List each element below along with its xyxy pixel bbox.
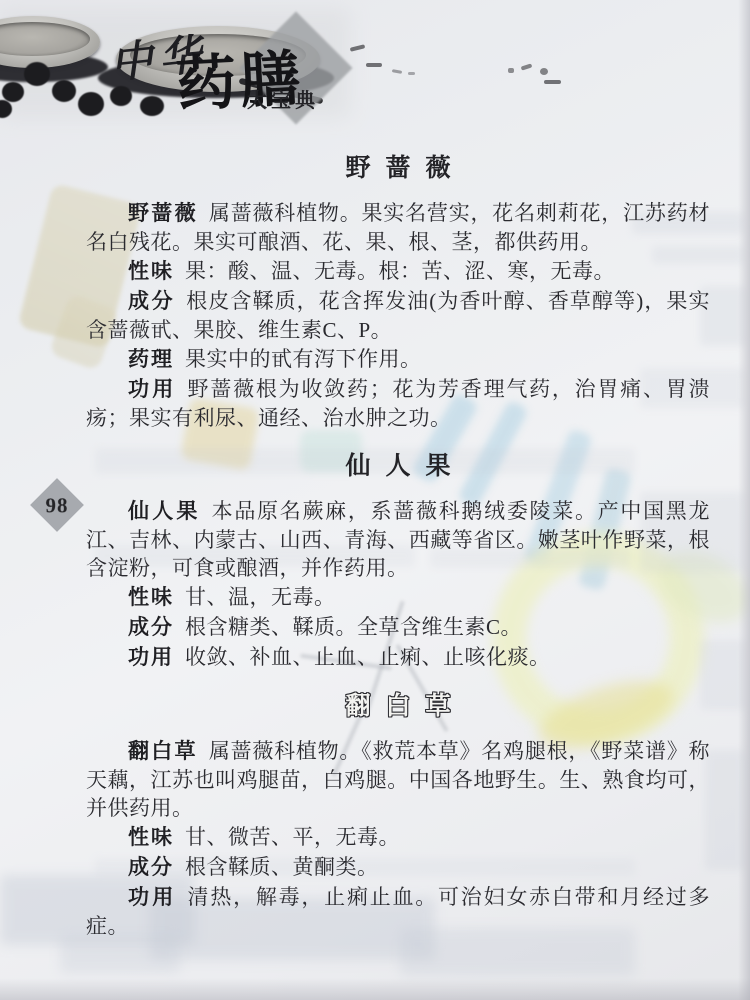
paragraph: 功用收敛、补血、止血、止痢、止咳化痰。 <box>86 643 710 672</box>
paragraph: 功用清热，解毒，止痢止血。可治妇女赤白带和月经过多症。 <box>86 883 710 940</box>
term-text: 根皮含鞣质，花含挥发油(为香叶醇、香草醇等)，果实含蔷薇甙、果胶、维生素C、P。 <box>86 289 710 342</box>
paragraph: 翻白草属蔷薇科植物。《救荒本草》名鸡腿根，《野菜谱》称天藕，江苏也叫鸡腿苗，白鸡… <box>86 737 710 822</box>
term-text: 果：酸、温、无毒。根：苦、涩、寒，无毒。 <box>185 259 615 283</box>
page-number: 98 <box>46 493 69 518</box>
book-page-scan: 中华 药膳 大宝典 98 <box>0 0 750 1000</box>
term-label: 药理 <box>128 348 174 371</box>
paragraph: 药理果实中的甙有泻下作用。 <box>86 345 710 374</box>
ink-bleed-smudge <box>60 935 180 973</box>
term-text: 根含糖类、鞣质。全草含维生素C。 <box>185 615 522 639</box>
paragraph: 性味果：酸、温、无毒。根：苦、涩、寒，无毒。 <box>86 257 710 286</box>
term-label: 成分 <box>128 290 175 313</box>
page-content: 野蔷薇 野蔷薇属蔷薇科植物。果实名营实，花名刺莉花，江苏药材名白残花。果实可酿酒… <box>0 0 750 940</box>
entry-title: 野蔷薇 <box>86 152 710 185</box>
term-text: 收敛、补血、止血、止痢、止咳化痰。 <box>185 645 551 669</box>
entry-potentilla: 翻白草 翻白草属蔷薇科植物。《救荒本草》名鸡腿根，《野菜谱》称天藕，江苏也叫鸡腿… <box>86 690 710 940</box>
paragraph: 功用野蔷薇根为收敛药；花为芳香理气药，治胃痛、胃溃疡；果实有利尿、通经、治水肿之… <box>86 375 710 432</box>
entry-title: 仙人果 <box>86 450 710 483</box>
entry-title: 翻白草 <box>86 690 710 723</box>
term-label: 成分 <box>128 856 174 879</box>
term-label: 成分 <box>128 616 174 639</box>
term-text: 甘、微苦、平，无毒。 <box>185 825 400 849</box>
entry-immortal-fruit: 仙人果 仙人果本品原名蕨麻，系蔷薇科鹅绒委陵菜。产中国黑龙江、吉林、内蒙古、山西… <box>86 450 710 672</box>
term-text: 果实中的甙有泻下作用。 <box>185 347 422 371</box>
term-label: 翻白草 <box>128 740 198 763</box>
term-text: 甘、温，无毒。 <box>185 585 336 609</box>
term-label: 功用 <box>128 378 177 401</box>
term-label: 性味 <box>128 260 174 283</box>
term-label: 功用 <box>128 646 174 669</box>
term-label: 仙人果 <box>128 500 201 523</box>
term-text: 根含鞣质、黄酮类。 <box>185 855 379 879</box>
page-edge-shadow <box>0 978 750 1000</box>
paragraph: 成分根含鞣质、黄酮类。 <box>86 853 710 882</box>
paragraph: 性味甘、微苦、平，无毒。 <box>86 823 710 852</box>
entry-wild-rose: 野蔷薇 野蔷薇属蔷薇科植物。果实名营实，花名刺莉花，江苏药材名白残花。果实可酿酒… <box>86 152 710 432</box>
term-text: 清热，解毒，止痢止血。可治妇女赤白带和月经过多症。 <box>86 885 710 938</box>
paragraph: 成分根皮含鞣质，花含挥发油(为香叶醇、香草醇等)，果实含蔷薇甙、果胶、维生素C、… <box>86 287 710 344</box>
paragraph: 性味甘、温，无毒。 <box>86 583 710 612</box>
term-label: 性味 <box>128 826 174 849</box>
paragraph: 成分根含糖类、鞣质。全草含维生素C。 <box>86 613 710 642</box>
term-text: 野蔷薇根为收敛药；花为芳香理气药，治胃痛、胃溃疡；果实有利尿、通经、治水肿之功。 <box>86 377 710 430</box>
term-label: 功用 <box>128 886 177 909</box>
paragraph: 野蔷薇属蔷薇科植物。果实名营实，花名刺莉花，江苏药材名白残花。果实可酿酒、花、果… <box>86 199 710 256</box>
term-label: 性味 <box>128 586 174 609</box>
paragraph: 仙人果本品原名蕨麻，系蔷薇科鹅绒委陵菜。产中国黑龙江、吉林、内蒙古、山西、青海、… <box>86 497 710 582</box>
term-label: 野蔷薇 <box>128 202 198 225</box>
